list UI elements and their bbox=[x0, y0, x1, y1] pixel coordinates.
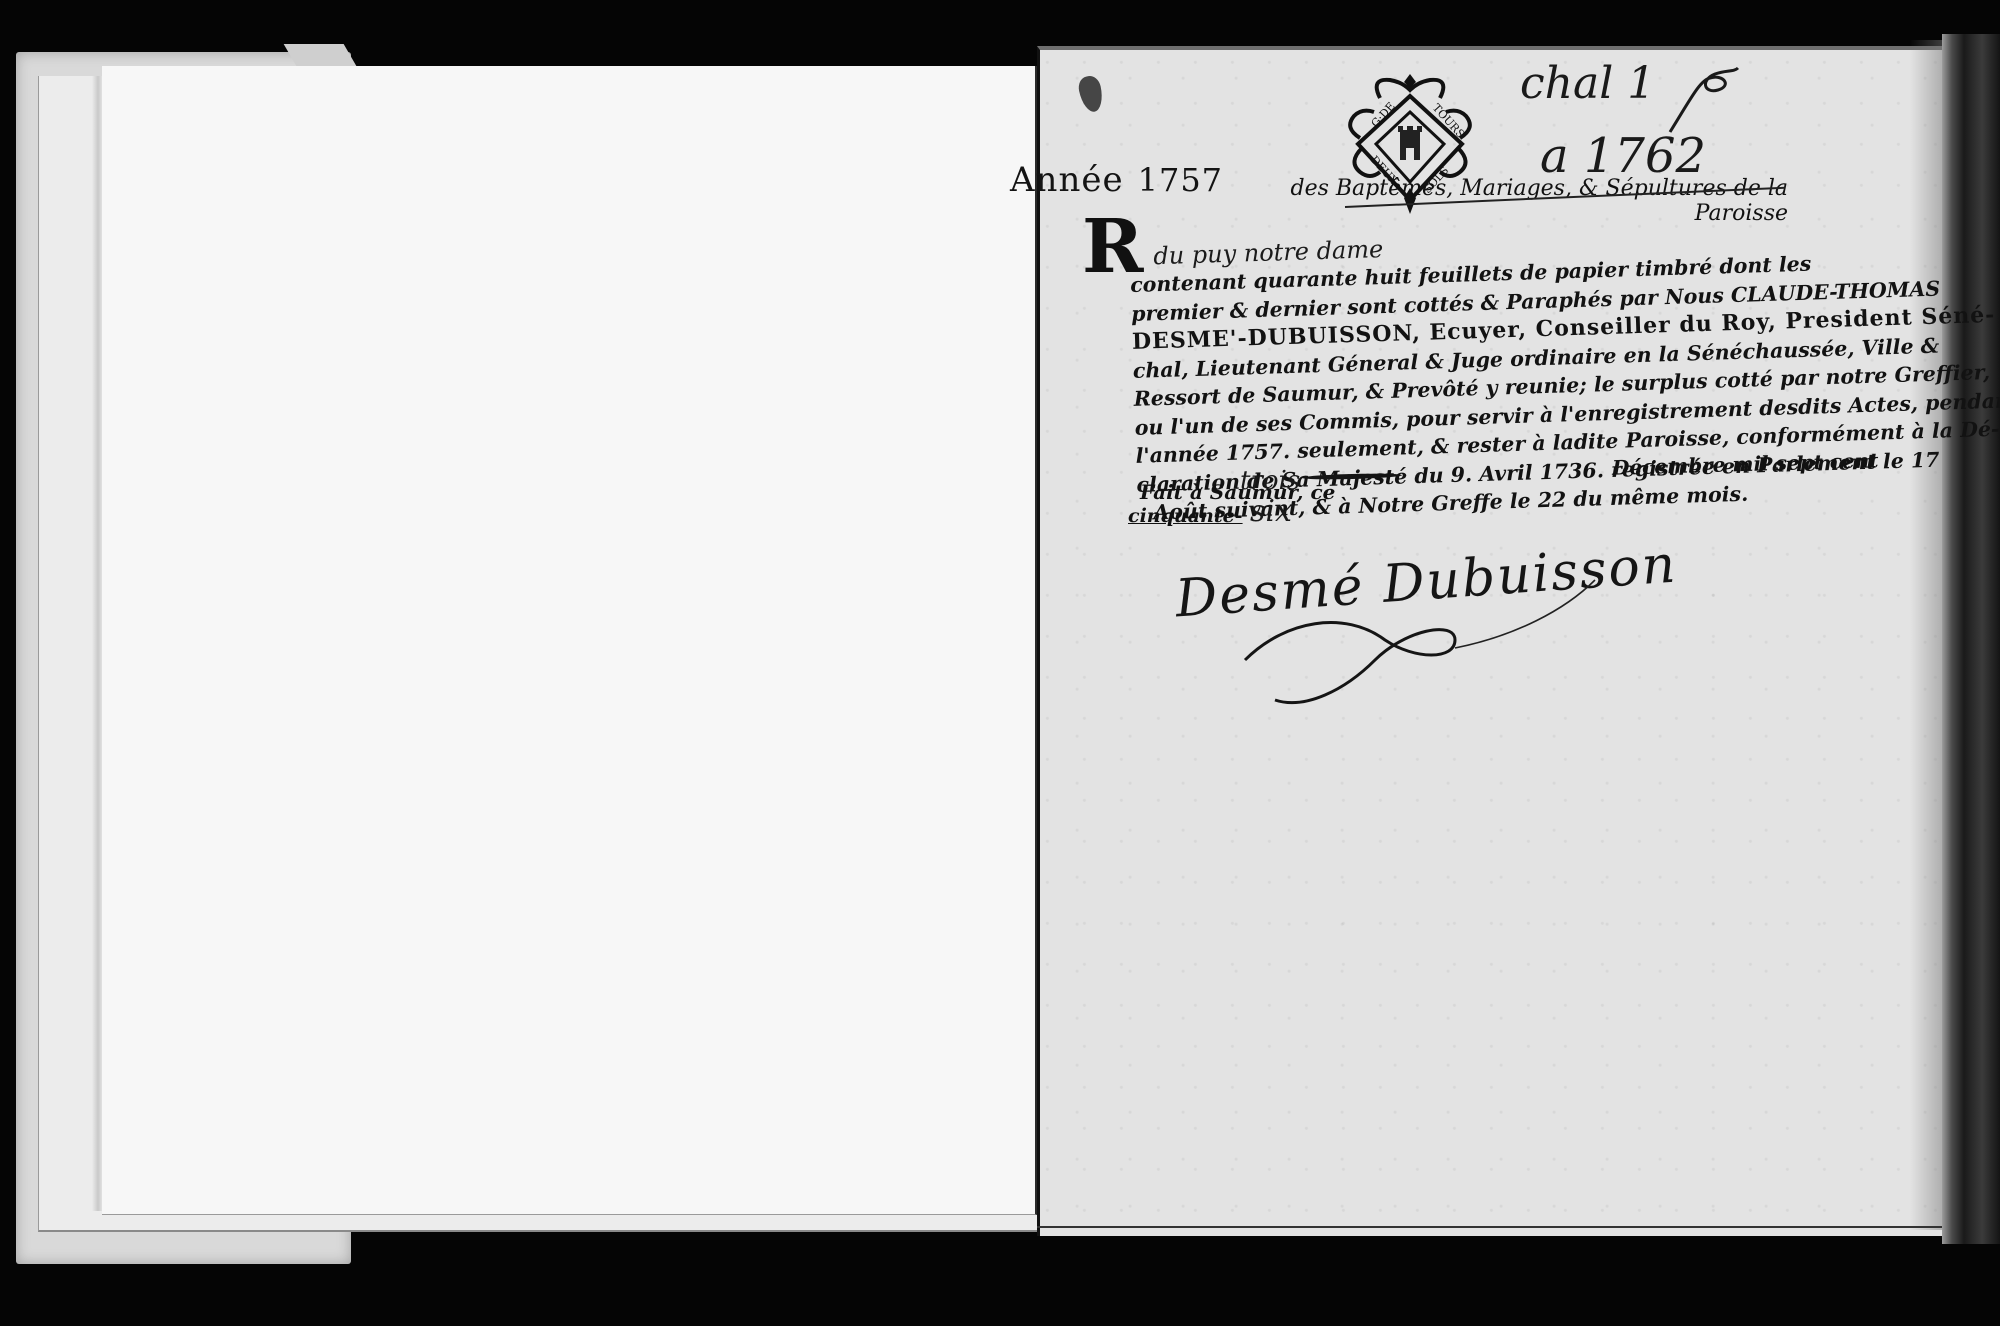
svg-text:G·DE: G·DE bbox=[1369, 100, 1398, 130]
handwritten-day: trois bbox=[1240, 466, 1300, 496]
handwritten-year-suffix: six bbox=[1250, 494, 1292, 529]
cover-corner bbox=[284, 44, 357, 66]
left-blank-page bbox=[102, 66, 1037, 1215]
signature-flourish-icon bbox=[1155, 540, 1615, 720]
handwritten-shelf-note: chal 1 bbox=[1520, 58, 1655, 109]
year-label: Année1757 bbox=[1010, 160, 1223, 200]
fait-a-saumur-line: Fait à Saumur, ce bbox=[1140, 480, 1335, 504]
scanned-register-spread: Année1757 chal 1 a 1762 G·DE TOURS DEUX … bbox=[0, 0, 2000, 1326]
register-body-text: _ du puy notre dame contenant quarante h… bbox=[1128, 193, 1818, 528]
year-value: 1757 bbox=[1138, 161, 1223, 199]
year-word: Année bbox=[1010, 160, 1124, 200]
cinquante-line: cinquante- bbox=[1128, 505, 1243, 527]
right-binding-edge bbox=[1942, 34, 2000, 1244]
bottom-page-edge bbox=[1037, 1226, 1942, 1234]
